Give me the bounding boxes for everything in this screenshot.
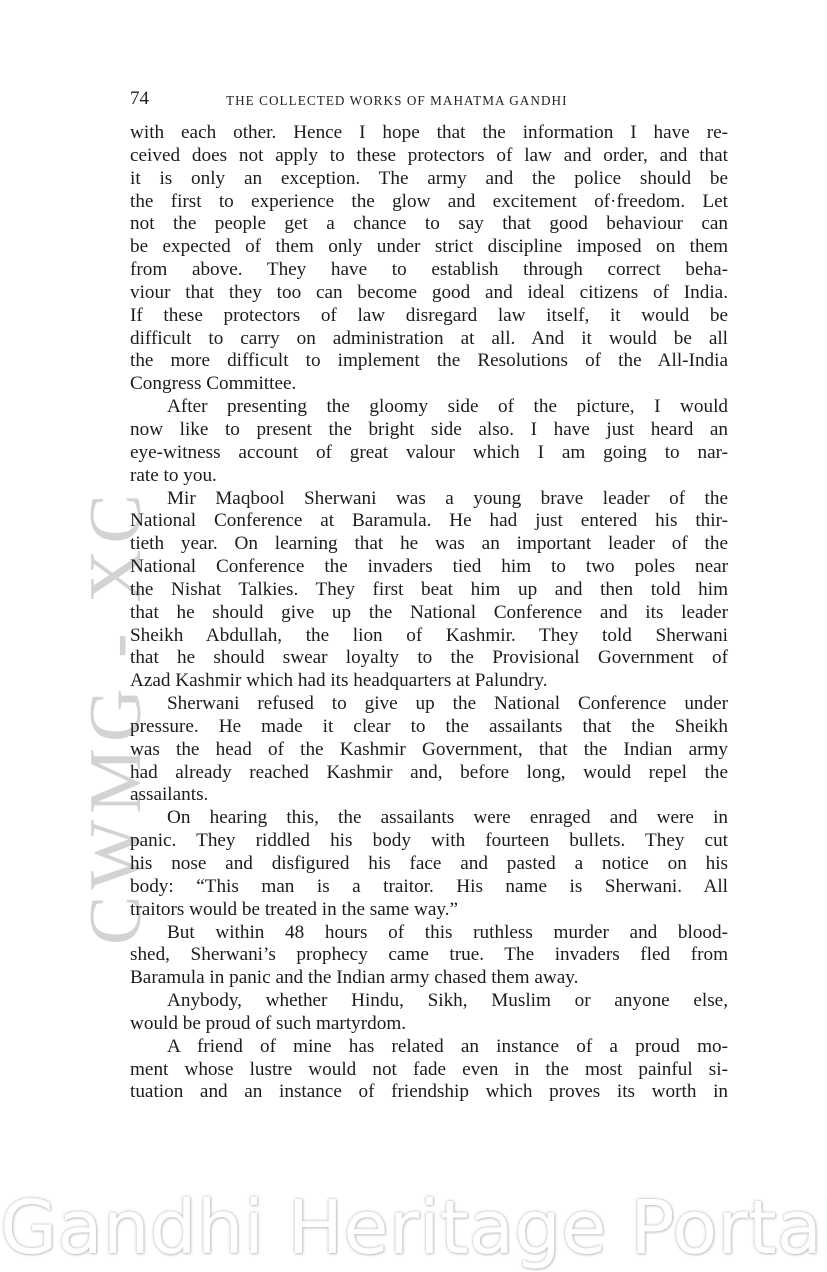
page-number: 74	[130, 86, 149, 112]
text-line: had already reached Kashmir and, before …	[130, 762, 728, 785]
portal-watermark: Gandhi Heritage Portal	[0, 1188, 827, 1268]
running-head: 74 THE COLLECTED WORKS OF MAHATMA GANDHI	[130, 86, 728, 112]
body-text: with each other. Hence I hope that the i…	[130, 122, 728, 1104]
text-line: pressure. He made it clear to the assail…	[130, 716, 728, 739]
text-line: On hearing this, the assailants were enr…	[130, 807, 728, 830]
text-line: Azad Kashmir which had its headquarters …	[130, 670, 728, 693]
text-line: Anybody, whether Hindu, Sikh, Muslim or …	[130, 990, 728, 1013]
text-line: the Nishat Talkies. They first beat him …	[130, 579, 728, 602]
text-line: difficult to carry on administration at …	[130, 328, 728, 351]
text-line: viour that they too can become good and …	[130, 282, 728, 305]
text-line: ment whose lustre would not fade even in…	[130, 1059, 728, 1082]
text-line: After presenting the gloomy side of the …	[130, 396, 728, 419]
text-line: from above. They have to establish throu…	[130, 259, 728, 282]
text-line: now like to present the bright side also…	[130, 419, 728, 442]
text-line: shed, Sherwani’s prophecy came true. The…	[130, 944, 728, 967]
text-line: the more difficult to implement the Reso…	[130, 350, 728, 373]
text-line: National Conference at Baramula. He had …	[130, 510, 728, 533]
text-line: tuation and an instance of friendship wh…	[130, 1081, 728, 1104]
text-line: If these protectors of law disregard law…	[130, 305, 728, 328]
text-line: A friend of mine has related an instance…	[130, 1036, 728, 1059]
text-line: Sherwani refused to give up the National…	[130, 693, 728, 716]
text-line: was the head of the Kashmir Government, …	[130, 739, 728, 762]
text-line: body: “This man is a traitor. His name i…	[130, 876, 728, 899]
text-line: ceived does not apply to these protector…	[130, 145, 728, 168]
text-line: would be proud of such martyrdom.	[130, 1013, 728, 1036]
text-line: eye-witness account of great valour whic…	[130, 442, 728, 465]
text-line: National Conference the invaders tied hi…	[130, 556, 728, 579]
text-line: it is only an exception. The army and th…	[130, 168, 728, 191]
text-line: his nose and disfigured his face and pas…	[130, 853, 728, 876]
text-line: Sheikh Abdullah, the lion of Kashmir. Th…	[130, 625, 728, 648]
text-line: traitors would be treated in the same wa…	[130, 899, 728, 922]
text-line: be expected of them only under strict di…	[130, 236, 728, 259]
text-line: not the people get a chance to say that …	[130, 213, 728, 236]
book-title: THE COLLECTED WORKS OF MAHATMA GANDHI	[226, 88, 568, 114]
text-line: the first to experience the glow and exc…	[130, 191, 728, 214]
document-page: CWMG - XC 74 THE COLLECTED WORKS OF MAHA…	[0, 0, 827, 1272]
text-line: panic. They riddled his body with fourte…	[130, 830, 728, 853]
text-line: But within 48 hours of this ruthless mur…	[130, 922, 728, 945]
text-line: with each other. Hence I hope that the i…	[130, 122, 728, 145]
text-line: assailants.	[130, 784, 728, 807]
text-line: tieth year. On learning that he was an i…	[130, 533, 728, 556]
text-line: Congress Committee.	[130, 373, 728, 396]
text-line: Baramula in panic and the Indian army ch…	[130, 967, 728, 990]
text-line: that he should give up the National Conf…	[130, 602, 728, 625]
text-line: Mir Maqbool Sherwani was a young brave l…	[130, 488, 728, 511]
text-line: rate to you.	[130, 465, 728, 488]
text-line: that he should swear loyalty to the Prov…	[130, 647, 728, 670]
